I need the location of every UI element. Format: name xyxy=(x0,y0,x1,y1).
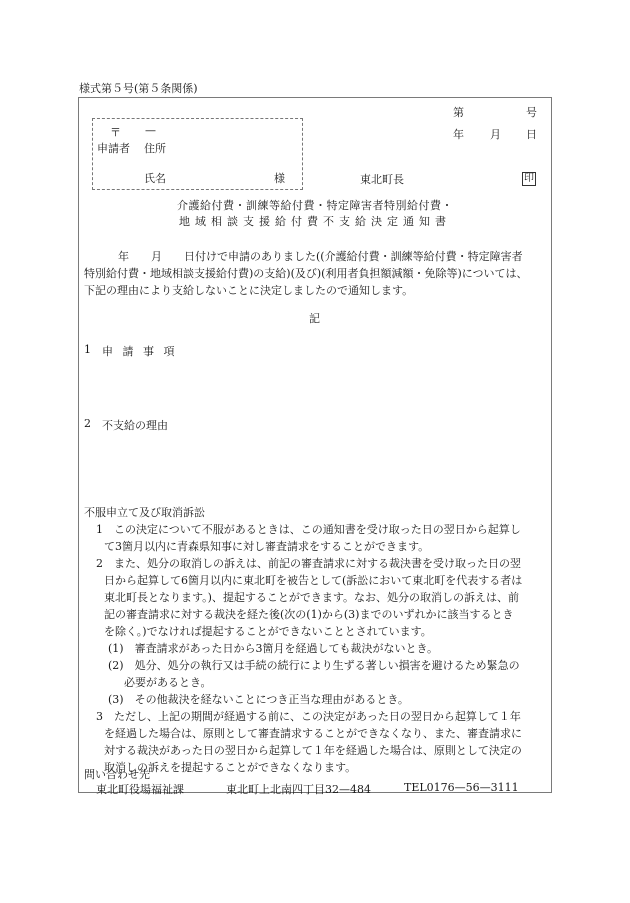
address-label: 住所 xyxy=(144,140,166,156)
appeal-line: て3箇月以内に青森県知事に対し審査請求をすることができます。 xyxy=(96,538,521,555)
ki-heading: 記 xyxy=(309,310,320,326)
section-2-num: 2 xyxy=(84,417,91,430)
appeal-line: 2 また、処分の取消しの訴えは、前記の審査請求に対する裁決書を受け取った日の翌 xyxy=(96,555,522,572)
appeal-item-1: 1 この決定について不服があるときは、この通知書を受け取った日の翌日から起算し … xyxy=(96,521,521,555)
appeal-line: 記の審査請求に対する裁決を経た後(次の(1)から(3)までのいずれかに該当すると… xyxy=(96,606,522,623)
seal-icon: 印 xyxy=(522,172,536,186)
appeal-line: (2) 処分、処分の執行又は手続の続行により生ずる著しい損害を避けるため緊急の xyxy=(108,657,520,674)
appeal-line: を経過した場合は、原則として審査請求することができなくなり、また、審査請求に xyxy=(96,725,522,742)
appeal-item-2: 2 また、処分の取消しの訴えは、前記の審査請求に対する裁決書を受け取った日の翌 … xyxy=(96,555,522,640)
appeal-subitems: (1) 審査請求があった日から3箇月を経過しても裁決がないとき。 (2) 処分、… xyxy=(108,640,520,708)
section-1-num: 1 xyxy=(84,343,91,356)
postal-dash: — xyxy=(145,124,156,137)
body-line: 下記の理由により支給しないことに決定しましたので通知します。 xyxy=(84,282,550,299)
honorific: 様 xyxy=(274,170,285,186)
contact-address: 東北町上北南四丁目32—484 xyxy=(226,781,371,797)
body-line: 年 月 日付けで申請のありました((介護給付費・訓練等給付費・特定障害者 xyxy=(84,248,550,265)
section-2-label: 不支給の理由 xyxy=(102,417,168,433)
date-month: 月 xyxy=(490,126,501,142)
appeal-line: 日から起算して6箇月以内に東北町を被告として(訴訟において東北町を代表する者は xyxy=(96,572,522,589)
appeal-line: 3 ただし、上記の期間が経過する前に、この決定があった日の翌日から起算して１年 xyxy=(96,708,522,725)
section-1-label: 申 請 事 項 xyxy=(102,343,178,359)
document-title-line1: 介護給付費・訓練等給付費・特定障害者特別給付費・ xyxy=(0,197,630,213)
name-label: 氏名 xyxy=(144,170,166,186)
date-day: 日 xyxy=(526,126,537,142)
appeal-line: (1) 審査請求があった日から3箇月を経過しても裁決がないとき。 xyxy=(108,640,520,657)
contact-heading: 問い合わせ先 xyxy=(84,766,150,782)
applicant-label: 申請者 xyxy=(97,140,130,156)
body-text: 年 月 日付けで申請のありました((介護給付費・訓練等給付費・特定障害者 特別給… xyxy=(84,248,550,299)
number-suffix: 号 xyxy=(526,104,537,120)
appeal-item-3: 3 ただし、上記の期間が経過する前に、この決定があった日の翌日から起算して１年 … xyxy=(96,708,522,776)
appeal-line: 必要があるとき。 xyxy=(108,674,520,691)
appeal-line: 取消しの訴えを提起することができなくなります。 xyxy=(96,759,522,776)
contact-tel: TEL0176—56—3111 xyxy=(404,781,519,794)
appeal-line: (3) その他裁決を経ないことにつき正当な理由があるとき。 xyxy=(108,691,520,708)
appeal-line: 対する裁決があった日の翌日から起算して１年を経過した場合は、原則として決定の xyxy=(96,742,522,759)
form-number: 様式第５号(第５条関係) xyxy=(79,80,198,96)
postal-mark: 〒 xyxy=(110,124,121,140)
appeal-line: を除く。)でなければ提起することができないこととされています。 xyxy=(96,623,522,640)
number-prefix: 第 xyxy=(453,104,464,120)
body-line: 特別給付費・地域相談支援給付費)の支給)(及び)(利用者負担額減額・免除等)につ… xyxy=(84,265,550,282)
appeal-line: 東北町長となります。)、提起することができます。なお、処分の取消しの訴えは、前 xyxy=(96,589,522,606)
appeal-heading: 不服申立て及び取消訴訟 xyxy=(84,504,205,521)
appeal-line: 1 この決定について不服があるときは、この通知書を受け取った日の翌日から起算し xyxy=(96,521,521,538)
contact-department: 東北町役場福祉課 xyxy=(96,781,184,797)
issuer-title: 東北町長 xyxy=(360,171,404,187)
date-year: 年 xyxy=(453,126,464,142)
document-title-line2: 地域相談支援給付費不支給決定通知書 xyxy=(0,213,630,229)
